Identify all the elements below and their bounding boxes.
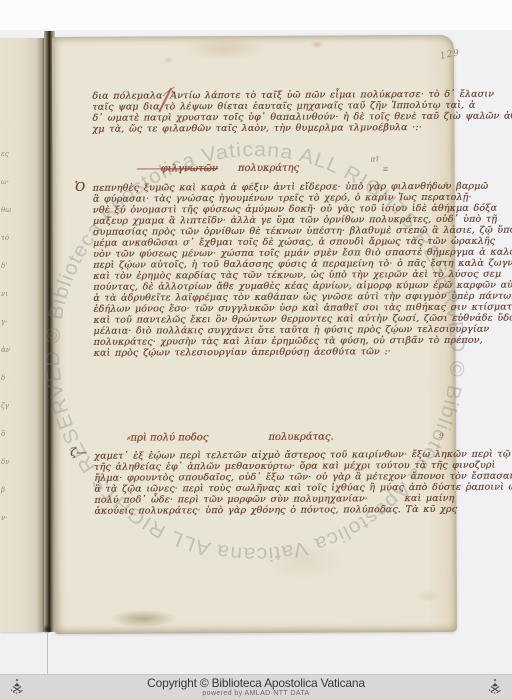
facing-page-fragment: δ' (1, 262, 7, 270)
powered-by-text: powered by AMLAD·NTT DATA (34, 690, 478, 697)
manuscript-line: χμ τὰ, ὥς τε φιλανθῶν ταῖς λαὸν, τὴν θυμ… (92, 122, 512, 135)
facing-page-fragment: ὃ (1, 430, 5, 438)
margin-mark-letter: ε (445, 180, 449, 188)
heading-lead-dash: ⸻ (136, 163, 161, 174)
text-block-lower: χαμετ᾽ ἐξ ἑῴων περὶ τελετῶν αἰχμὸ ἄστερο… (94, 448, 512, 516)
scan-viewport: εςω·θωτὸδ'νιγ·ἀνδζγὃδνβν· 129 δια πόλεμα… (0, 0, 512, 699)
heading1-left-word: φιλγνωτῶν (160, 163, 217, 174)
copyright-text: Copyright © Biblioteca Apostolica Vatica… (34, 677, 478, 689)
text-block-main: πεπνηθὲς ξυμῶς καὶ καρὰ ἀ φέξιν ἀντὶ εἴδ… (93, 180, 512, 358)
marginal-initial-1: Ὁ (75, 180, 85, 194)
facing-page-fragment: ω· (1, 178, 9, 186)
facing-page-fragment: δ (1, 374, 5, 382)
facing-page-edge: εςω·θωτὸδ'νιγ·ἀνδζγὃδνβν· (0, 38, 44, 632)
facing-page-fragment: ζγ (1, 402, 9, 410)
chapter-heading-2: ⸗πρὶ πολύ ποδοςπολυκράτας. (127, 432, 334, 444)
folio-number: 129 (439, 48, 461, 61)
text-block-upper: δια πόλεμαλα· Ἀντίω λάποτε τὸ ταῖξ ὑῶ πῶ… (92, 89, 512, 135)
background-top-band (0, 0, 512, 30)
heading2-right-word: πολυκράτας. (268, 432, 333, 443)
facing-page-fragment: β (1, 486, 5, 494)
facing-page-fragment: ες (1, 150, 9, 158)
facing-page-fragment: ν· (1, 514, 7, 522)
facing-page-fragment: θω (1, 206, 11, 214)
chapter-heading-1: ⸻φιλγνωτῶνπολυκράτης (136, 159, 300, 175)
binding-shadow-line (47, 633, 48, 674)
heading2-left-word: πρὶ πολύ ποδος (130, 432, 208, 443)
marginal-initial-2: ζ— (70, 446, 87, 459)
facing-page-text-bleed: εςω·θωτὸδ'νιγ·ἀνδζγὃδνβν· (1, 38, 15, 632)
manuscript-line: ἀκούεις πολυκράτες· ὑπὸ γὰρ χθόνης ὁ πόν… (94, 504, 512, 517)
vatican-emblem-right-icon (485, 677, 505, 697)
facing-page-fragment: ἀν (1, 346, 10, 354)
manuscript-page-scan[interactable]: 129 δια πόλεμαλα· Ἀντίω λάποτε τὸ ταῖξ ὑ… (52, 35, 457, 634)
facing-page-fragment: δν (1, 458, 9, 466)
footer-caption: Copyright © Biblioteca Apostolica Vatica… (34, 677, 478, 697)
margin-mark-abbrev: πτ̄ (370, 155, 379, 163)
vatican-emblem-left-icon (7, 677, 27, 697)
margin-mark-tally: ≡ (383, 165, 389, 173)
facing-page-fragment: νι (1, 290, 8, 298)
manuscript-line: καὶ πρὸς ζῴων τελεσιουργίαν ἀπεριθρύσῃ ἀ… (94, 346, 512, 359)
margin-mark-numeral: 9 (439, 432, 444, 440)
facing-page-fragment: γ· (1, 318, 7, 326)
facing-page-fragment: τὸ (1, 234, 9, 242)
heading1-right-word: πολυκράτης (238, 163, 299, 174)
footer-bar: Copyright © Biblioteca Apostolica Vatica… (0, 674, 512, 699)
